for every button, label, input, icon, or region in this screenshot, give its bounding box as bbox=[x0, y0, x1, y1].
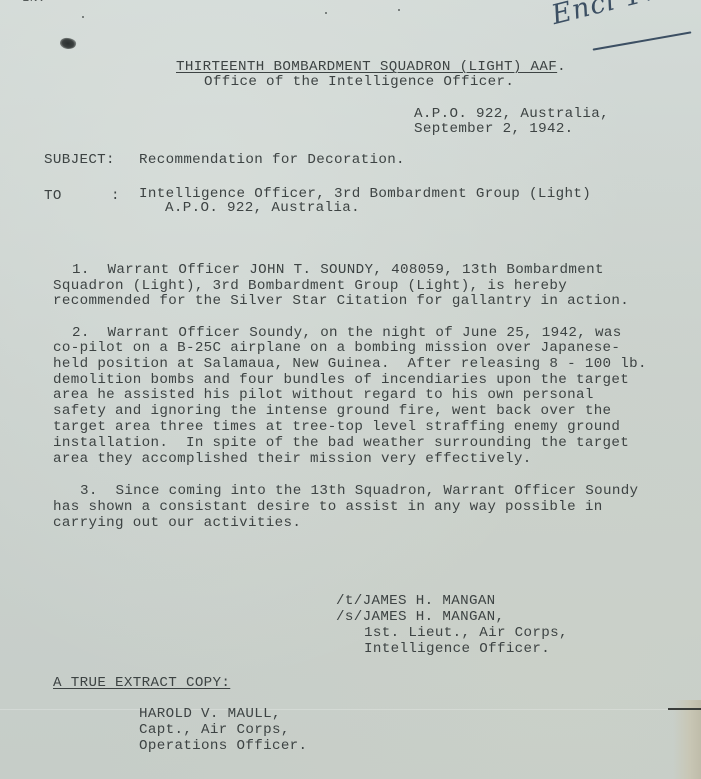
paragraph-line: installation. In spite of the bad weathe… bbox=[53, 435, 629, 451]
paragraph-line: held position at Salamaua, New Guinea. A… bbox=[53, 356, 647, 372]
paragraph-line: target area three times at tree-top leve… bbox=[53, 419, 620, 435]
top-text-fragment: IN. bbox=[22, 0, 45, 5]
to-recipient-address: A.P.O. 922, Australia. bbox=[165, 200, 360, 216]
paragraph-line: carrying out our activities. bbox=[53, 515, 301, 531]
paragraph-line: area he assisted his pilot without regar… bbox=[53, 387, 594, 403]
paragraph-line: recommended for the Silver Star Citation… bbox=[53, 293, 629, 309]
paragraph-line: has shown a consistant desire to assist … bbox=[53, 499, 603, 515]
letterhead-unit-period: . bbox=[557, 59, 566, 75]
date-line: September 2, 1942. bbox=[414, 121, 574, 137]
certifier-title: Operations Officer. bbox=[139, 738, 307, 754]
paper-edge-mark bbox=[668, 708, 701, 710]
to-label: TO bbox=[44, 188, 62, 204]
paragraph-line: area they accomplished their mission ver… bbox=[53, 451, 532, 467]
paper-speck bbox=[398, 9, 400, 11]
address-line: A.P.O. 922, Australia, bbox=[414, 106, 609, 122]
paper-speck bbox=[325, 12, 327, 14]
certifier-rank: Capt., Air Corps, bbox=[139, 722, 290, 738]
signature-typed: /t/JAMES H. MANGAN bbox=[336, 593, 496, 609]
paper-edge-shadow bbox=[673, 700, 701, 779]
paper-fold-line bbox=[0, 709, 701, 710]
letterhead-unit: THIRTEENTH BOMBARDMENT SQUADRON (LIGHT) … bbox=[176, 59, 566, 75]
paragraph-line: co-pilot on a B-25C airplane on a bombin… bbox=[53, 340, 620, 356]
true-extract-copy-label: A TRUE EXTRACT COPY: bbox=[53, 675, 230, 691]
paragraph-line: Squadron (Light), 3rd Bombardment Group … bbox=[53, 278, 567, 294]
handwritten-underline bbox=[593, 31, 692, 50]
paragraph-line: demolition bombs and four bundles of inc… bbox=[53, 372, 629, 388]
subject-label: SUBJECT: bbox=[44, 152, 115, 168]
paragraph-line: 2. Warrant Officer Soundy, on the night … bbox=[72, 325, 622, 341]
handwritten-enclosure-note: Encl 17d bbox=[549, 0, 682, 31]
signature-rank: 1st. Lieut., Air Corps, bbox=[364, 625, 568, 641]
to-separator: : bbox=[111, 188, 120, 204]
letterhead-unit-text: THIRTEENTH BOMBARDMENT SQUADRON (LIGHT) … bbox=[176, 59, 557, 75]
paragraph-line: safety and ignoring the intense ground f… bbox=[53, 403, 611, 419]
document-page: IN. Encl 17d THIRTEENTH BOMBARDMENT SQUA… bbox=[0, 0, 701, 779]
letterhead-office: Office of the Intelligence Officer. bbox=[204, 74, 514, 90]
signature-title: Intelligence Officer. bbox=[364, 641, 550, 657]
ink-blot-mark bbox=[59, 36, 77, 50]
paper-speck bbox=[82, 16, 84, 18]
paragraph-line: 3. Since coming into the 13th Squadron, … bbox=[80, 483, 638, 499]
paragraph-line: 1. Warrant Officer JOHN T. SOUNDY, 40805… bbox=[72, 262, 604, 278]
certifier-name: HAROLD V. MAULL, bbox=[139, 706, 281, 722]
signature-signed: /s/JAMES H. MANGAN, bbox=[336, 609, 504, 625]
subject-value: Recommendation for Decoration. bbox=[139, 152, 405, 168]
